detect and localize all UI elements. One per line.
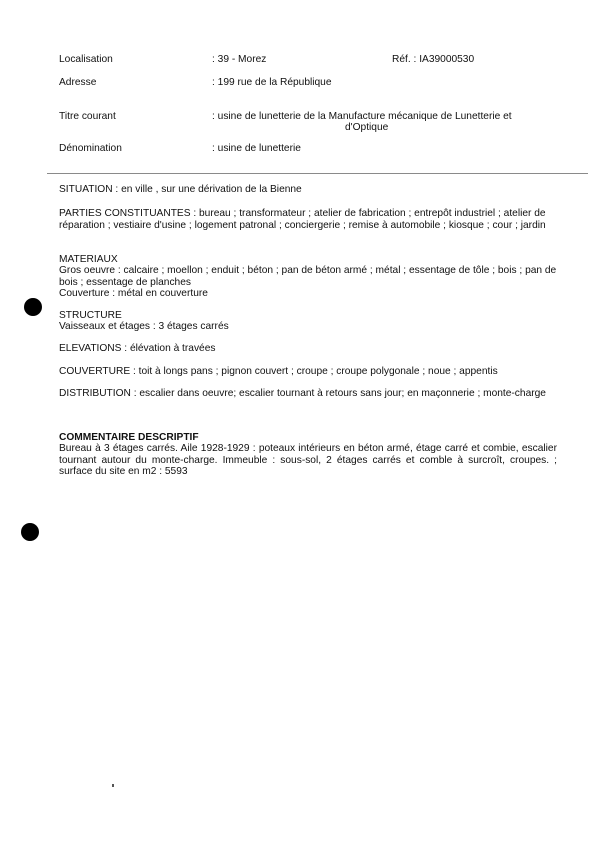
denomination-value: : usine de lunetterie xyxy=(212,143,301,154)
localisation-label: Localisation xyxy=(59,54,113,65)
commentaire-title: COMMENTAIRE DESCRIPTIF xyxy=(59,432,559,444)
materiaux-title: MATERIAUX xyxy=(59,254,559,266)
localisation-value: : 39 - Morez xyxy=(212,54,266,65)
distribution: DISTRIBUTION : escalier dans oeuvre; esc… xyxy=(59,388,559,400)
titre-courant-label: Titre courant xyxy=(59,111,116,122)
commentaire-text: Bureau à 3 étages carrés. Aile 1928-1929… xyxy=(59,443,557,478)
parties-constituantes: PARTIES CONSTITUANTES : bureau ; transfo… xyxy=(59,208,559,231)
punch-hole-top xyxy=(24,298,42,316)
horizontal-rule xyxy=(47,173,588,174)
structure-title: STRUCTURE xyxy=(59,310,559,322)
reference: Réf. : IA39000530 xyxy=(392,54,474,65)
reference-label: Réf. xyxy=(392,54,411,65)
punch-hole-bottom xyxy=(21,523,39,541)
titre-courant-value-cont: d'Optique xyxy=(345,122,388,133)
adresse-label: Adresse xyxy=(59,77,96,88)
elevations: ELEVATIONS : élévation à travées xyxy=(59,343,559,355)
couverture: COUVERTURE : toit à longs pans ; pignon … xyxy=(59,366,559,378)
titre-courant-value: : usine de lunetterie de la Manufacture … xyxy=(212,111,512,122)
reference-value: : IA39000530 xyxy=(414,54,475,65)
denomination-label: Dénomination xyxy=(59,143,122,154)
scan-speck xyxy=(112,784,114,787)
situation: SITUATION : en ville , sur une dérivatio… xyxy=(59,184,559,196)
materiaux-gros-oeuvre: Gros oeuvre : calcaire ; moellon ; endui… xyxy=(59,265,559,288)
structure-text: Vaisseaux et étages : 3 étages carrés xyxy=(59,321,559,333)
materiaux-couverture: Couverture : métal en couverture xyxy=(59,288,559,300)
adresse-value: : 199 rue de la République xyxy=(212,77,332,88)
